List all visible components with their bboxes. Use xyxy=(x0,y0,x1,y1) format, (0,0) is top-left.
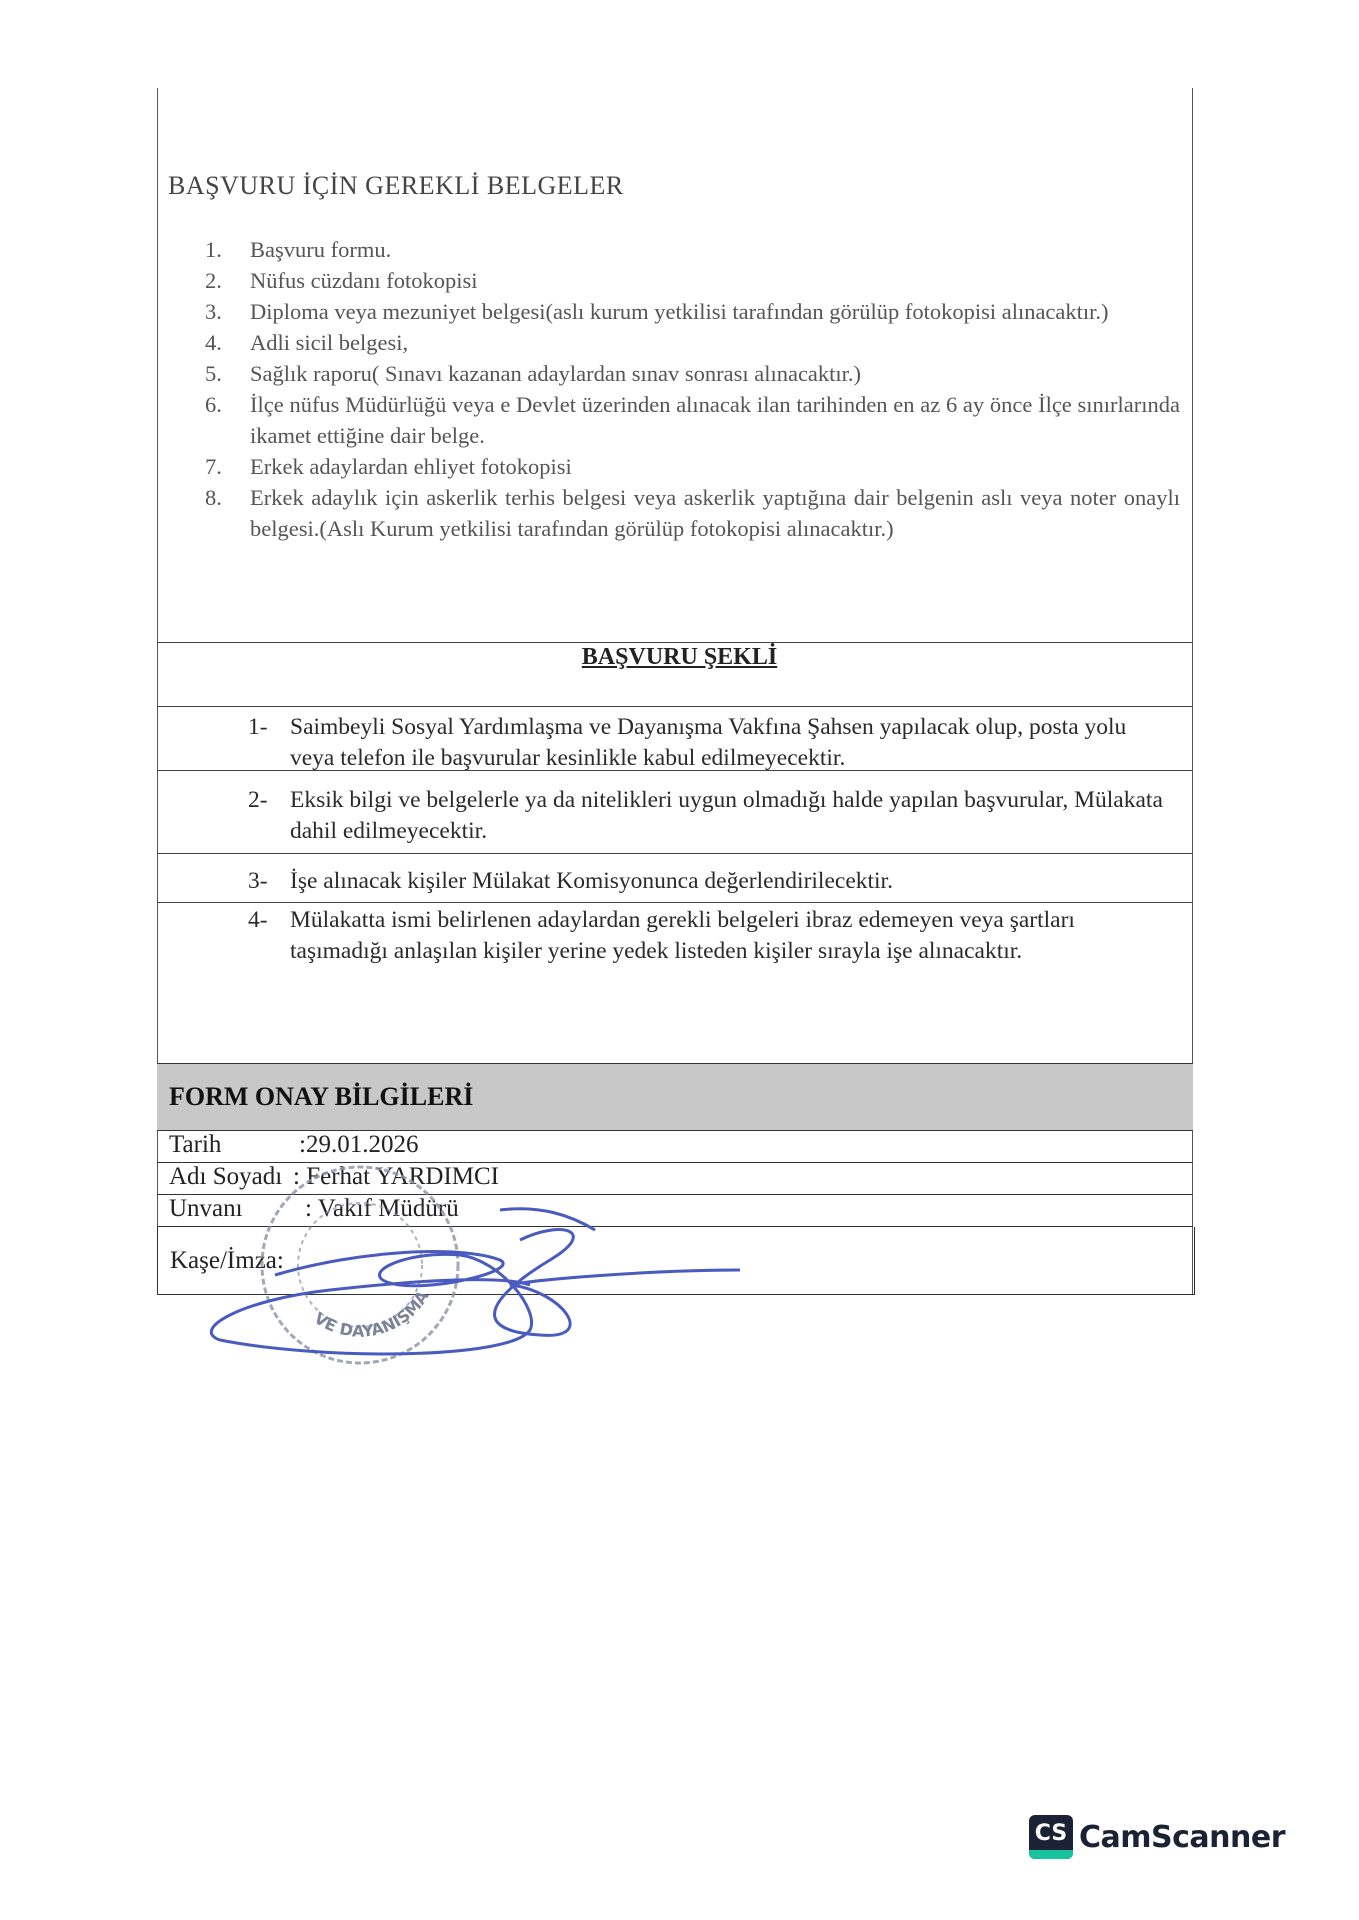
list-item: 4-Mülakatta ismi belirlenen adaylardan g… xyxy=(248,905,1168,967)
list-item: 1.Başvuru formu. xyxy=(205,234,1180,265)
divider xyxy=(157,902,1193,903)
list-item: 5.Sağlık raporu( Sınavı kazanan adaylard… xyxy=(205,358,1180,389)
requirements-list: 1.Başvuru formu. 2.Nüfus cüzdanı fotokop… xyxy=(205,234,1180,544)
camscanner-brand: CamScanner xyxy=(1079,1820,1285,1855)
date-row: Tarih :29.01.2026 xyxy=(157,1131,1193,1163)
signature-icon xyxy=(200,1190,760,1370)
divider xyxy=(157,853,1193,854)
list-item: 2-Eksik bilgi ve belgelerle ya da niteli… xyxy=(248,785,1168,847)
list-item: 3-İşe alınacak kişiler Mülakat Komisyonu… xyxy=(248,866,1168,897)
list-item: 2.Nüfus cüzdanı fotokopisi xyxy=(205,265,1180,296)
approval-header: FORM ONAY BİLGİLERİ xyxy=(157,1063,1193,1131)
divider xyxy=(157,706,1193,707)
camscanner-logo-icon: CS xyxy=(1029,1815,1073,1859)
list-item: 6.İlçe nüfus Müdürlüğü veya e Devlet üze… xyxy=(205,389,1180,451)
list-item: 3.Diploma veya mezuniyet belgesi(aslı ku… xyxy=(205,296,1180,327)
list-item: 8.Erkek adaylık için askerlik terhis bel… xyxy=(205,482,1180,544)
list-item: 7.Erkek adaylardan ehliyet fotokopisi xyxy=(205,451,1180,482)
application-title: BAŞVURU ŞEKLİ xyxy=(0,644,1359,671)
requirements-title: BAŞVURU İÇİN GEREKLİ BELGELER xyxy=(168,171,624,201)
list-item: 1-Saimbeyli Sosyal Yardımlaşma ve Dayanı… xyxy=(248,712,1168,774)
list-item: 4.Adli sicil belgesi, xyxy=(205,327,1180,358)
divider xyxy=(157,770,1193,771)
divider xyxy=(157,642,1193,643)
camscanner-watermark: CS CamScanner xyxy=(1029,1815,1285,1859)
